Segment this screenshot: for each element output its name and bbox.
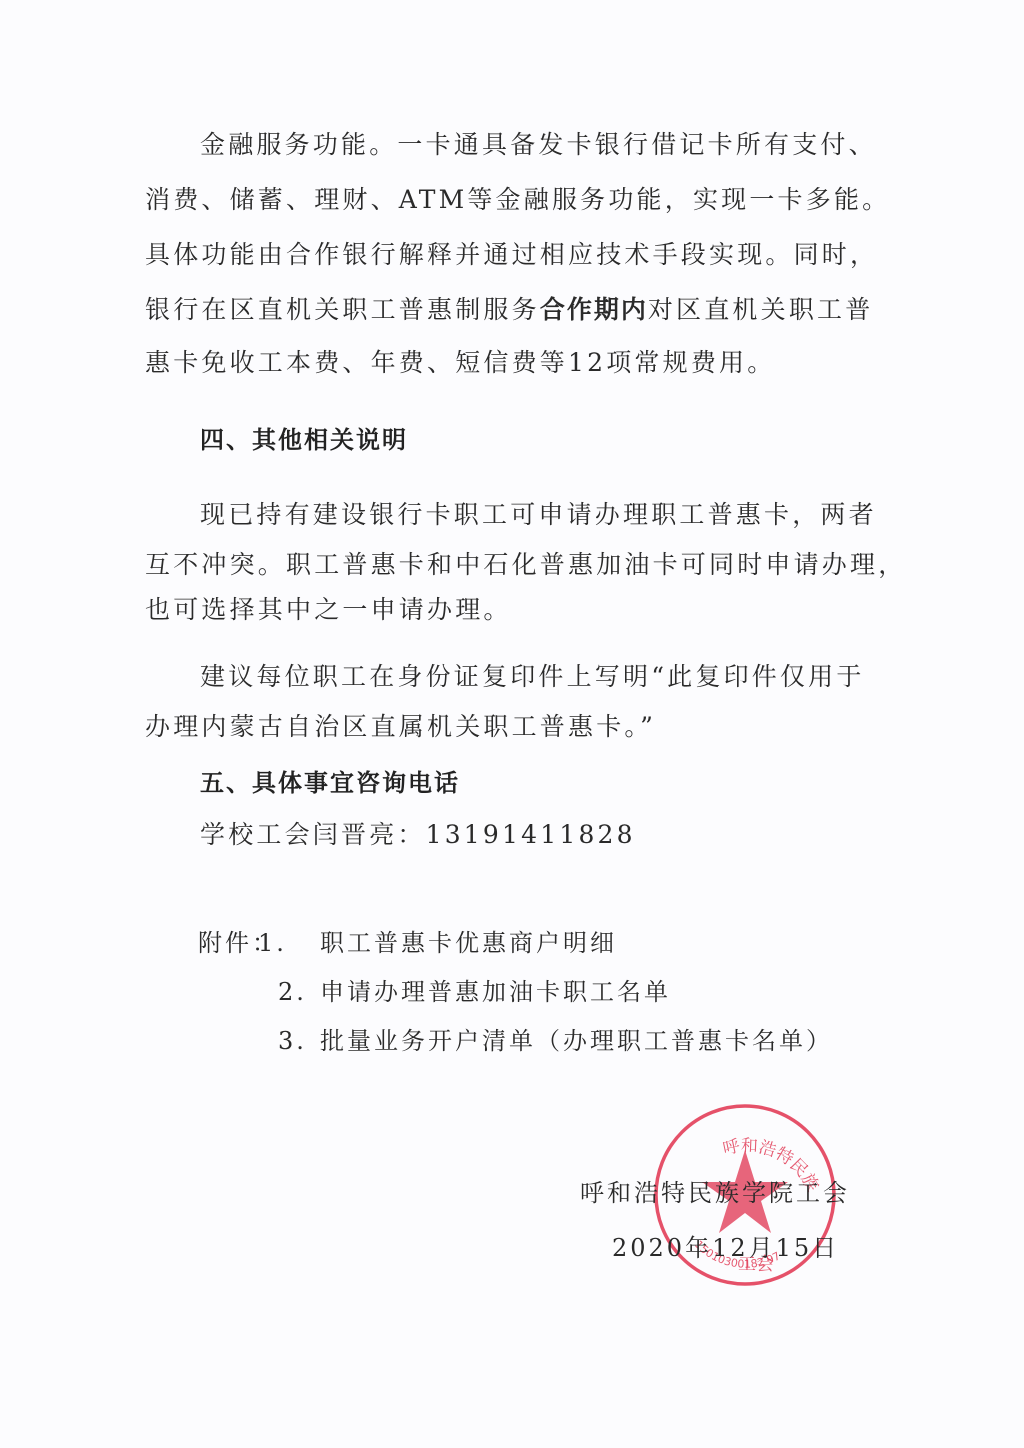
paragraph-line: 消费、储蓄、理财、ATM等金融服务功能，实现一卡多能。 (145, 185, 890, 215)
paragraph-line: 具体功能由合作银行解释并通过相应技术手段实现。同时， (145, 240, 878, 270)
text-run: 对区直机关职工普 (648, 295, 874, 324)
contact-line: 学校工会闫晋亮：13191411828 (200, 820, 636, 850)
section-heading: 五、具体事宜咨询电话 (200, 768, 460, 798)
emphasis-text: 合作期内 (540, 295, 648, 324)
attachment-item: 批量业务开户清单（办理职工普惠卡名单） (320, 1026, 833, 1056)
section-heading: 四、其他相关说明 (200, 425, 408, 455)
signature-organization: 呼和浩特民族学院工会 (580, 1178, 850, 1208)
attachment-item: 职工普惠卡优惠商户明细 (320, 928, 617, 958)
paragraph-line: 互不冲突。职工普惠卡和中石化普惠加油卡可同时申请办理， (145, 550, 906, 580)
attachment-number: 1. (258, 928, 287, 958)
text-run: 银行在区直机关职工普惠制服务 (145, 295, 540, 324)
paragraph-line: 也可选择其中之一申请办理。 (145, 595, 512, 625)
paragraph-line: 金融服务功能。一卡通具备发卡银行借记卡所有支付、 (200, 130, 877, 160)
paragraph-line: 建议每位职工在身份证复印件上写明“此复印件仅用于 (200, 662, 865, 692)
paragraph-line: 办理内蒙古自治区直属机关职工普惠卡。” (145, 712, 656, 742)
paragraph-line: 现已持有建设银行卡职工可申请办理职工普惠卡，两者 (200, 500, 877, 530)
attachment-item: 申请办理普惠加油卡职工名单 (320, 977, 671, 1007)
attachment-number: 3. (278, 1026, 307, 1056)
paragraph-line: 银行在区直机关职工普惠制服务合作期内对区直机关职工普 (145, 295, 873, 325)
signature-date: 2020年12月15日 (612, 1233, 839, 1263)
attachment-number: 2. (278, 977, 307, 1007)
paragraph-line: 惠卡免收工本费、年费、短信费等12项常规费用。 (145, 348, 775, 378)
